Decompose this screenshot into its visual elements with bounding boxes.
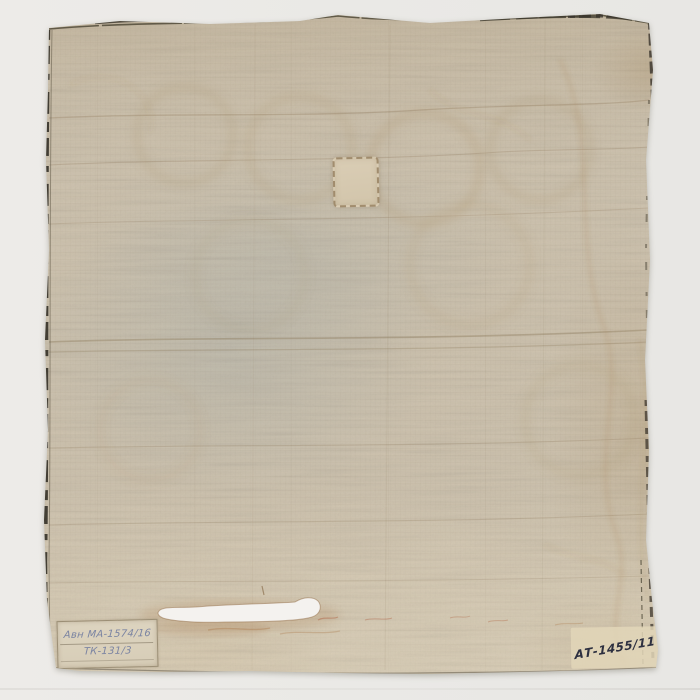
fabric-detail-overlay bbox=[0, 0, 700, 700]
fabric-surface: Авн МА-1574/16 ТК-131/3 АТ-1455/11 bbox=[0, 0, 700, 700]
inventory-label: Авн МА-1574/16 ТК-131/3 bbox=[56, 619, 158, 669]
patch bbox=[332, 157, 379, 208]
photo-background: Авн МА-1574/16 ТК-131/3 АТ-1455/11 bbox=[0, 0, 700, 700]
inventory-label-line1: Авн МА-1574/16 bbox=[60, 626, 154, 645]
ink-inscription-patch: АТ-1455/11 bbox=[571, 626, 659, 669]
ink-inscription: АТ-1455/11 bbox=[574, 633, 655, 661]
fiber-grain-texture bbox=[0, 0, 700, 700]
inventory-label-line2: ТК-131/3 bbox=[61, 643, 155, 662]
textile: Авн МА-1574/16 ТК-131/3 АТ-1455/11 bbox=[0, 0, 700, 700]
